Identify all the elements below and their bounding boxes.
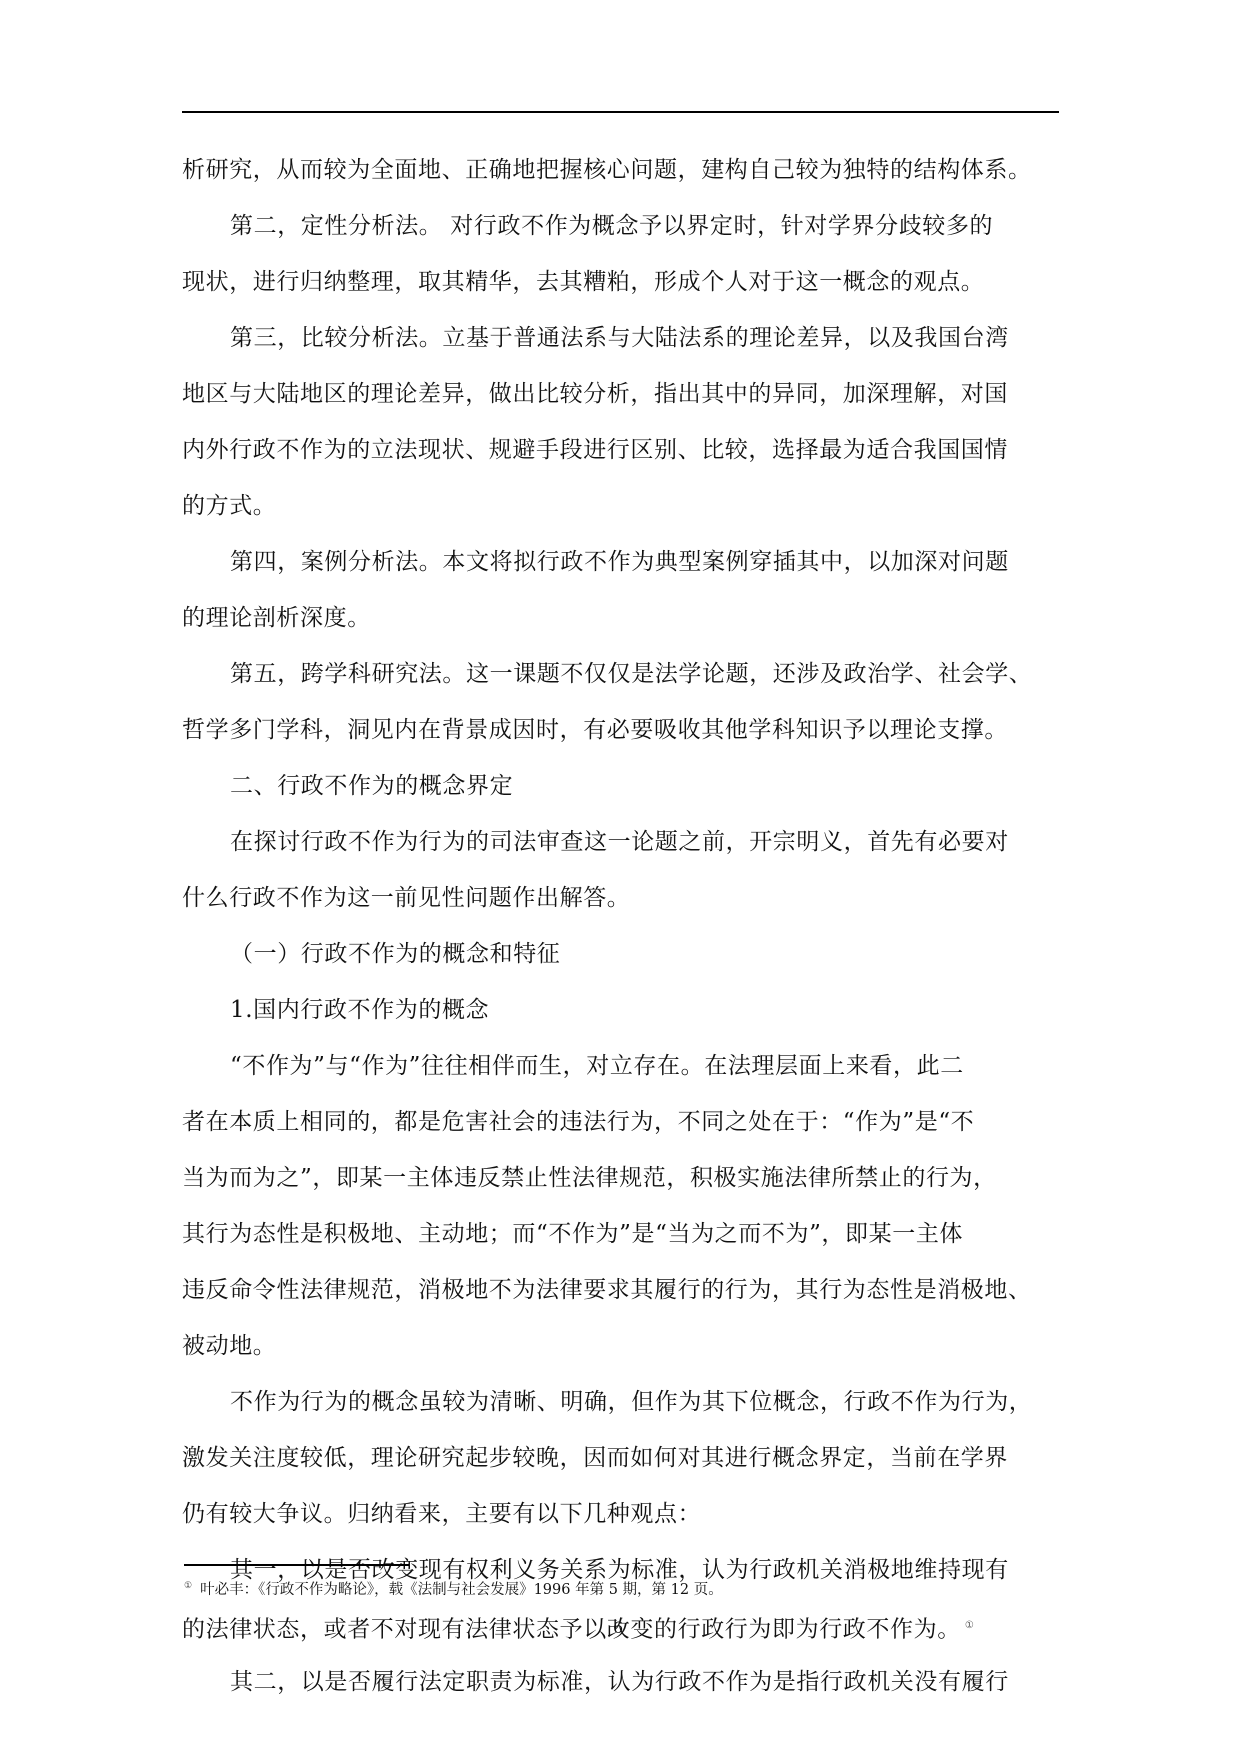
- text-line: 违反命令性法律规范，消极地不为法律要求其履行的行为，其行为态性是消极地、: [182, 1275, 1032, 1305]
- text-line-content: 仍有较大争议。归纳看来，主要有以下几种观点：: [182, 1501, 701, 1527]
- footnote-text: 叶必丰：《行政不作为略论》，载《法制与社会发展》1996 年第 5 期，第 12…: [200, 1582, 723, 1598]
- text-line: 激发关注度较低，理论研究起步较晚，因而如何对其进行概念界定，当前在学界: [182, 1443, 1008, 1473]
- text-line: 的法律状态，或者不对现有法律状态予以改变的行政行为即为行政不作为。①: [182, 1611, 974, 1645]
- text-line: 当为而为之”，即某一主体违反禁止性法律规范，积极实施法律所禁止的行为，: [182, 1163, 997, 1193]
- text-line-content: 第四，案例分析法。本文将拟行政不作为典型案例穿插其中，以加深对问题: [230, 549, 1009, 575]
- header-rule: [182, 111, 1059, 113]
- text-line-content: 激发关注度较低，理论研究起步较晚，因而如何对其进行概念界定，当前在学界: [182, 1445, 1008, 1471]
- text-line-content: 其二，以是否履行法定职责为标准，认为行政不作为是指行政机关没有履行: [230, 1669, 1009, 1695]
- text-line: 在探讨行政不作为行为的司法审查这一论题之前，开宗明义，首先有必要对: [230, 827, 1009, 857]
- text-line: 不作为行为的概念虽较为清晰、明确，但作为其下位概念，行政不作为行为，: [230, 1387, 1032, 1417]
- text-line-content: 其行为态性是积极地、主动地；而“不作为”是“当为之而不为”，即某一主体: [182, 1221, 963, 1247]
- text-line: （一）行政不作为的概念和特征: [230, 939, 560, 969]
- text-line-content: 被动地。: [182, 1333, 276, 1359]
- text-line-content: 第二，定性分析法。 对行政不作为概念予以界定时，针对学界分歧较多的: [230, 213, 993, 239]
- text-line: 的方式。: [182, 491, 276, 521]
- text-line-content: 的方式。: [182, 493, 276, 519]
- text-line-content: 现状，进行归纳整理，取其精华，去其糟粕，形成个人对于这一概念的观点。: [182, 269, 984, 295]
- text-line: 的理论剖析深度。: [182, 603, 371, 633]
- text-line: 什么行政不作为这一前见性问题作出解答。: [182, 883, 630, 913]
- text-line-content: 违反命令性法律规范，消极地不为法律要求其履行的行为，其行为态性是消极地、: [182, 1277, 1032, 1303]
- page-number: 6: [613, 1618, 623, 1637]
- text-line-content: 1.国内行政不作为的概念: [230, 997, 489, 1023]
- text-line-content: 者在本质上相同的，都是危害社会的违法行为，不同之处在于：“作为”是“不: [182, 1109, 974, 1135]
- text-line: 现状，进行归纳整理，取其精华，去其糟粕，形成个人对于这一概念的观点。: [182, 267, 984, 297]
- text-line: 1.国内行政不作为的概念: [230, 995, 489, 1025]
- text-line-content: 内外行政不作为的立法现状、规避手段进行区别、比较，选择最为适合我国国情: [182, 437, 1008, 463]
- text-line-content: 哲学多门学科，洞见内在背景成因时，有必要吸收其他学科知识予以理论支撑。: [182, 717, 1008, 743]
- text-line-content: 地区与大陆地区的理论差异，做出比较分析，指出其中的异同，加深理解，对国: [182, 381, 1008, 407]
- text-line-content: 的法律状态，或者不对现有法律状态予以改变的行政行为即为行政不作为。: [182, 1617, 961, 1643]
- text-line: 第五，跨学科研究法。这一课题不仅仅是法学论题，还涉及政治学、社会学、: [230, 659, 1032, 689]
- text-line-content: 第五，跨学科研究法。这一课题不仅仅是法学论题，还涉及政治学、社会学、: [230, 661, 1032, 687]
- text-line: 第三，比较分析法。立基于普通法系与大陆法系的理论差异，以及我国台湾: [230, 323, 1009, 353]
- footnote-separator: [184, 1564, 409, 1566]
- text-line: 地区与大陆地区的理论差异，做出比较分析，指出其中的异同，加深理解，对国: [182, 379, 1008, 409]
- footnote: ①叶必丰：《行政不作为略论》，载《法制与社会发展》1996 年第 5 期，第 1…: [184, 1578, 723, 1599]
- text-line: 被动地。: [182, 1331, 276, 1361]
- text-line: 析研究，从而较为全面地、正确地把握核心问题，建构自己较为独特的结构体系。: [182, 155, 1032, 185]
- text-line-content: 析研究，从而较为全面地、正确地把握核心问题，建构自己较为独特的结构体系。: [182, 157, 1032, 183]
- text-line: 内外行政不作为的立法现状、规避手段进行区别、比较，选择最为适合我国国情: [182, 435, 1008, 465]
- text-line: 第四，案例分析法。本文将拟行政不作为典型案例穿插其中，以加深对问题: [230, 547, 1009, 577]
- text-line: 仍有较大争议。归纳看来，主要有以下几种观点：: [182, 1499, 701, 1529]
- text-line: 哲学多门学科，洞见内在背景成因时，有必要吸收其他学科知识予以理论支撑。: [182, 715, 1008, 745]
- text-line: 者在本质上相同的，都是危害社会的违法行为，不同之处在于：“作为”是“不: [182, 1107, 974, 1137]
- text-line: 其行为态性是积极地、主动地；而“不作为”是“当为之而不为”，即某一主体: [182, 1219, 963, 1249]
- text-line: 其二，以是否履行法定职责为标准，认为行政不作为是指行政机关没有履行: [230, 1667, 1009, 1697]
- text-line-content: 什么行政不作为这一前见性问题作出解答。: [182, 885, 630, 911]
- text-line: 第二，定性分析法。 对行政不作为概念予以界定时，针对学界分歧较多的: [230, 211, 993, 241]
- text-line-content: （一）行政不作为的概念和特征: [230, 941, 560, 967]
- text-line-content: 当为而为之”，即某一主体违反禁止性法律规范，积极实施法律所禁止的行为，: [182, 1165, 997, 1191]
- text-line-content: 的理论剖析深度。: [182, 605, 371, 631]
- text-line-content: 不作为行为的概念虽较为清晰、明确，但作为其下位概念，行政不作为行为，: [230, 1389, 1032, 1415]
- footnote-marker: ①: [184, 1581, 192, 1591]
- text-line-content: 在探讨行政不作为行为的司法审查这一论题之前，开宗明义，首先有必要对: [230, 829, 1009, 855]
- text-line-content: 二、行政不作为的概念界定: [230, 773, 513, 799]
- text-line-content: “不作为”与“作为”往往相伴而生，对立存在。在法理层面上来看，此二: [230, 1053, 964, 1079]
- footnote-reference[interactable]: ①: [965, 1620, 975, 1631]
- text-line: “不作为”与“作为”往往相伴而生，对立存在。在法理层面上来看，此二: [230, 1051, 964, 1081]
- text-line-content: 第三，比较分析法。立基于普通法系与大陆法系的理论差异，以及我国台湾: [230, 325, 1009, 351]
- text-line: 二、行政不作为的概念界定: [230, 771, 513, 801]
